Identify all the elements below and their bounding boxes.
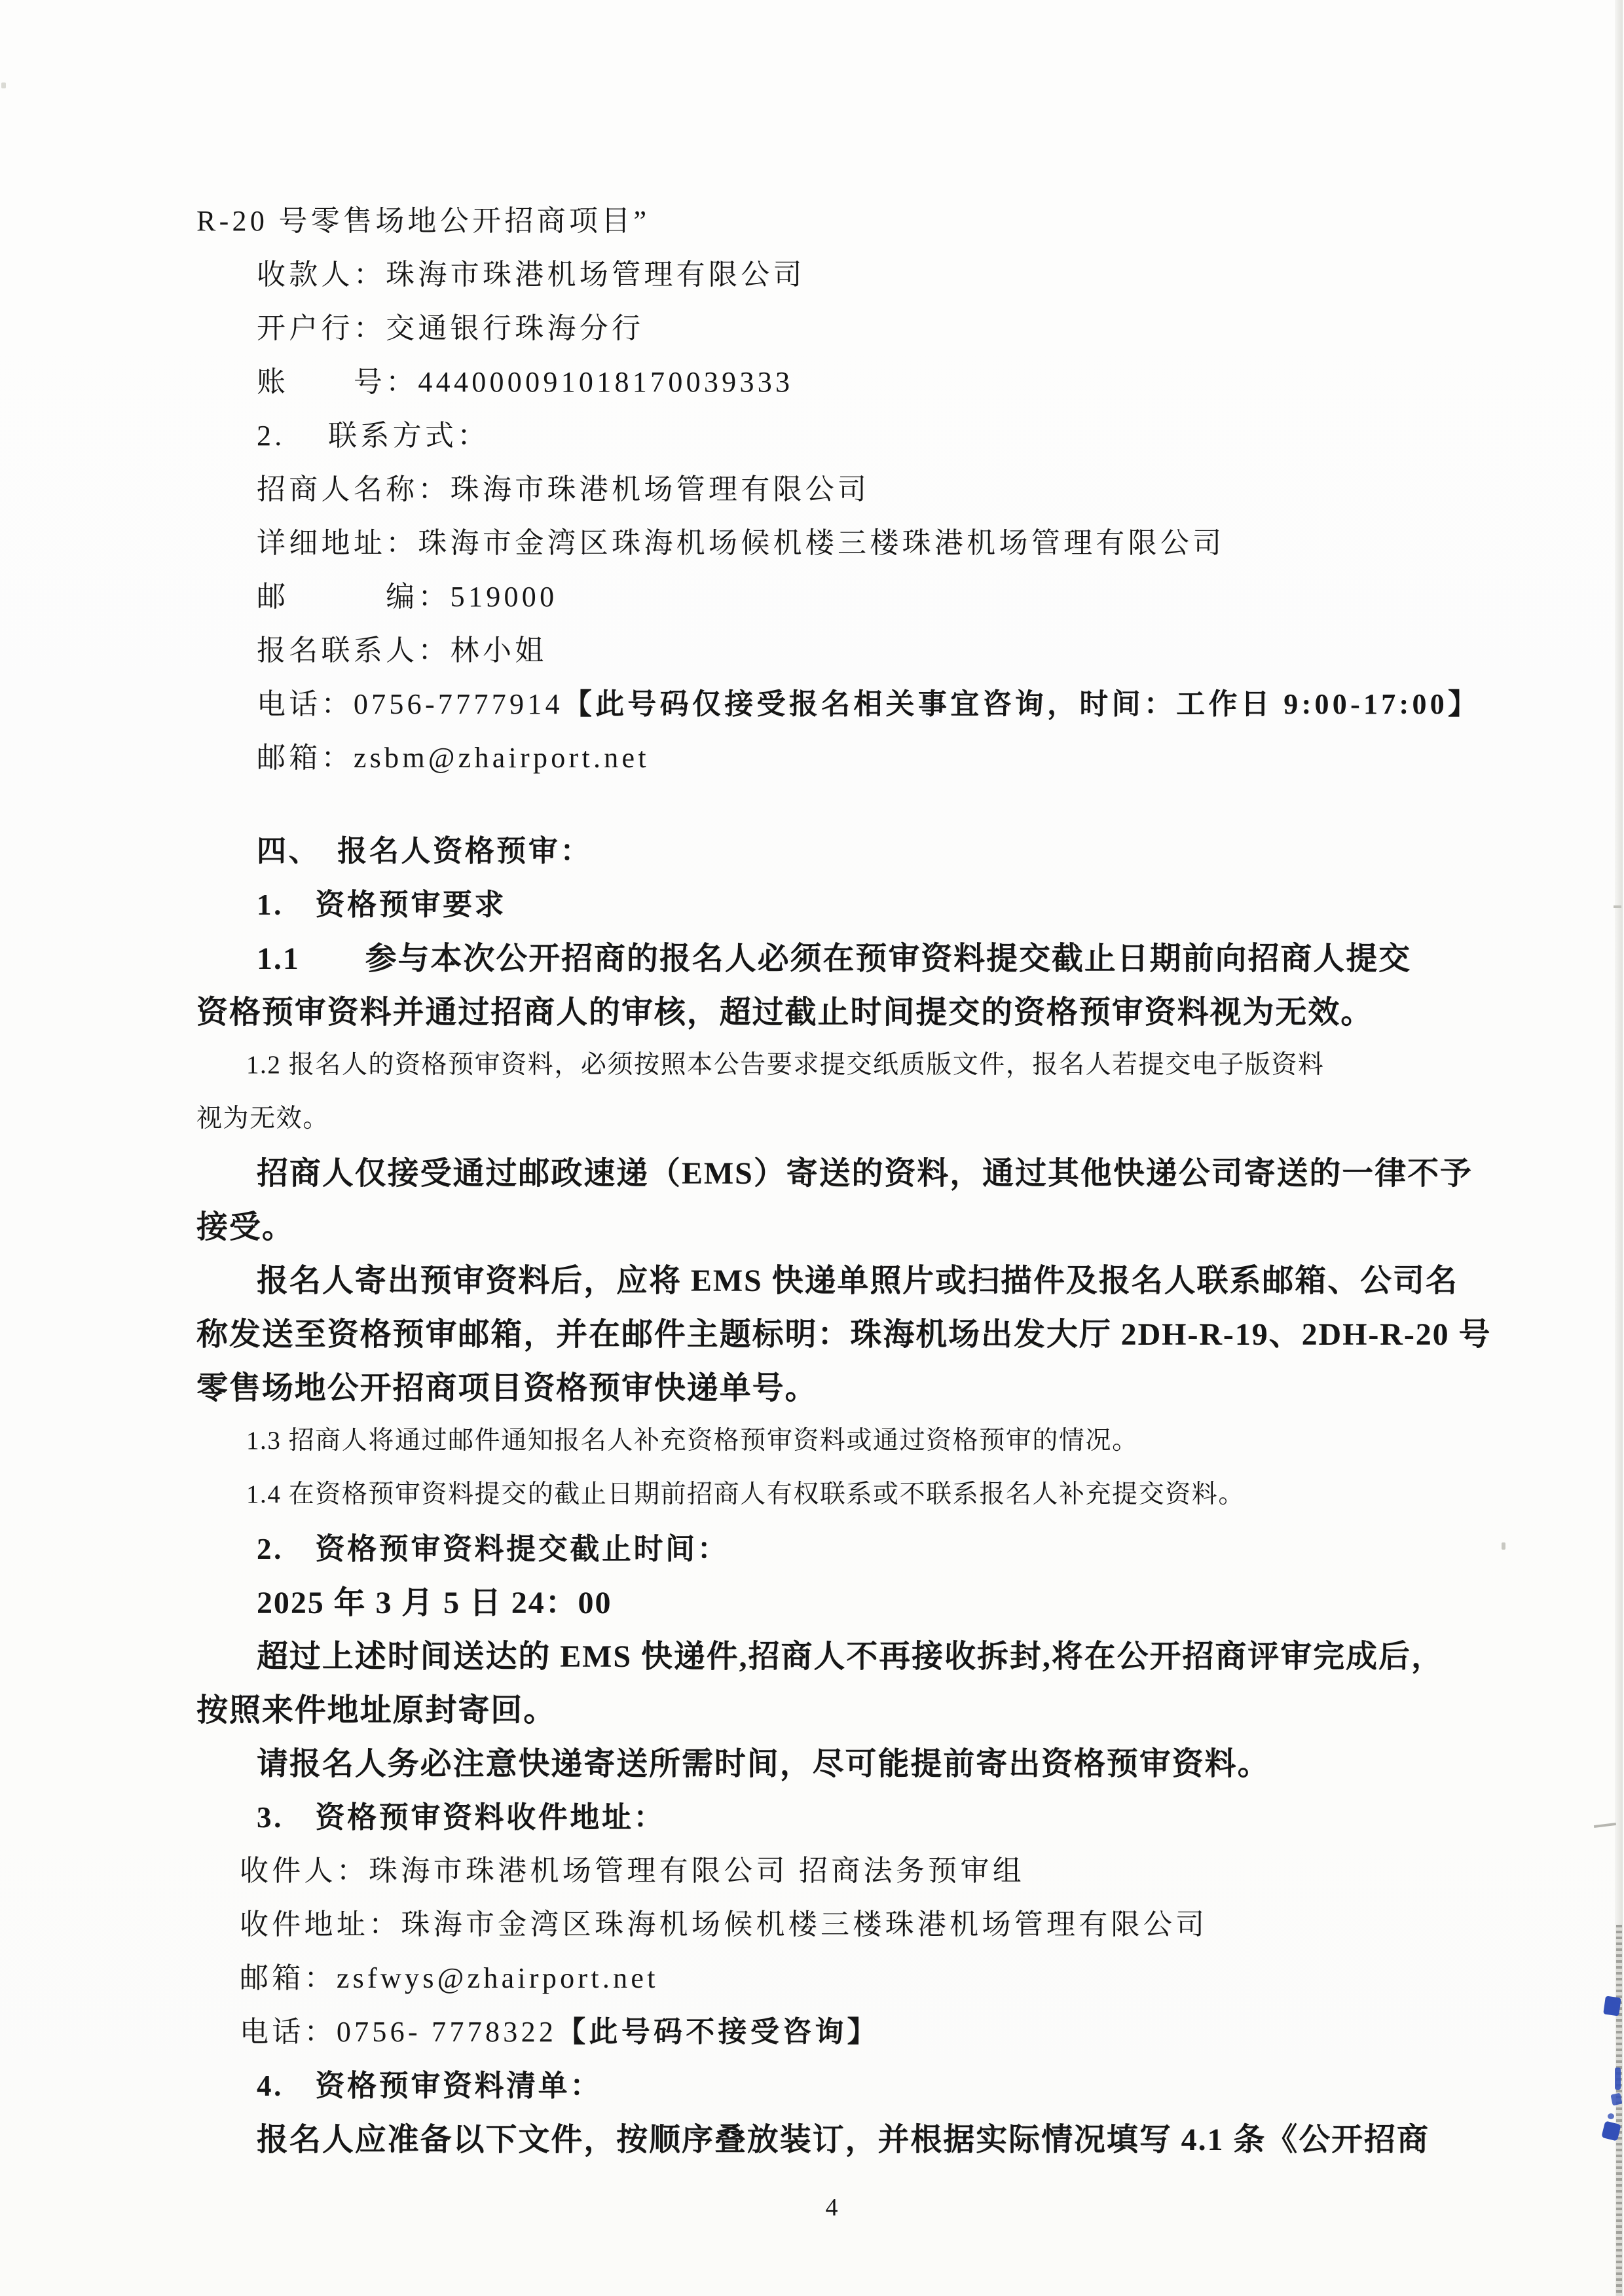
document-line: 接受。	[196, 1197, 1467, 1250]
scan-speck	[1614, 905, 1621, 908]
line-text: 2025 年 3 月 5 日 24：00	[257, 1577, 612, 1622]
line-text: 资格预审资料并通过招商人的审核，超过截止时间提交的资格预审资料视为无效。	[196, 987, 1373, 1032]
document-line: 零售场地公开招商项目资格预审快递单号。	[196, 1358, 1467, 1412]
scan-speck	[1502, 1542, 1505, 1550]
page-number: 4	[196, 2193, 1467, 2222]
document-line: 1. 资格预审要求	[257, 875, 1467, 928]
document-line: R-20 号零售场地公开招商项目”	[196, 191, 1467, 245]
document-line: 2. 联系方式：	[257, 406, 1467, 460]
line-text: 1.4 在资格预审资料提交的截止日期前招商人有权联系或不联系报名人补充提交资料。	[246, 1474, 1245, 1510]
document-line: 2025 年 3 月 5 日 24：00	[257, 1573, 1467, 1626]
blue-ink-stain	[1615, 2068, 1621, 2090]
line-text: 1.3 招商人将通过邮件通知报名人补充资格预审资料或通过资格预审的情况。	[246, 1420, 1139, 1457]
line-text: 2. 资格预审资料提交截止时间：	[257, 1525, 729, 1567]
document-line: 电话：0756-7777914【此号码仅接受报名相关事宜咨询，时间：工作日 9:…	[257, 674, 1467, 728]
document-line: 4. 资格预审资料清单：	[257, 2056, 1467, 2109]
document-line: 报名人应准备以下文件，按顺序叠放装订，并根据实际情况填写 4.1 条《公开招商	[257, 2109, 1467, 2163]
line-text: 视为无效。	[196, 1098, 329, 1135]
line-text: 4. 资格预审资料清单：	[257, 2062, 602, 2104]
document-body: R-20 号零售场地公开招商项目”收款人：珠海市珠港机场管理有限公司开户行：交通…	[196, 191, 1467, 2222]
line-text: 邮 编：519000	[257, 573, 557, 615]
blue-ink-stain	[1610, 2093, 1622, 2106]
line-text: 报名人寄出预审资料后，应将 EMS 快递单照片或扫描件及报名人联系邮箱、公司名	[257, 1255, 1458, 1300]
line-text: R-20 号零售场地公开招商项目”	[196, 197, 650, 239]
document-line: 按照来件地址原封寄回。	[196, 1680, 1467, 1734]
document-line: 收款人：珠海市珠港机场管理有限公司	[257, 245, 1467, 299]
line-text: 收件地址：珠海市金湾区珠海机场候机楼三楼珠港机场管理有限公司	[240, 1901, 1208, 1942]
document-line: 招商人名称：珠海市珠港机场管理有限公司	[257, 460, 1467, 513]
scanned-document-page: R-20 号零售场地公开招商项目”收款人：珠海市珠港机场管理有限公司开户行：交通…	[0, 0, 1624, 2296]
document-line: 1.4 在资格预审资料提交的截止日期前招商人有权联系或不联系报名人补充提交资料。	[246, 1465, 1467, 1519]
line-text: 邮箱：zsbm@zhairport.net	[257, 734, 650, 776]
document-line: 账 号：444000091018170039333	[257, 352, 1467, 406]
line-text: 零售场地公开招商项目资格预审快递单号。	[196, 1362, 817, 1408]
line-text: 2. 联系方式：	[257, 412, 490, 454]
document-line: 邮 编：519000	[257, 567, 1467, 621]
bracket-emphasis-text: 【此号码仅接受报名相关事宜咨询，时间：工作日 9:00-17:00】	[563, 680, 1480, 722]
line-text: 四、 报名人资格预审：	[257, 827, 592, 869]
scan-speck	[1594, 1823, 1616, 1828]
document-line: 称发送至资格预审邮箱，并在邮件主题标明：珠海机场出发大厅 2DH-R-19、2D…	[196, 1304, 1467, 1358]
document-line: 超过上述时间送达的 EMS 快递件,招商人不再接收拆封,将在公开招商评审完成后，	[257, 1626, 1467, 1680]
line-text: 3. 资格预审资料收件地址：	[257, 1793, 665, 1836]
line-text: 超过上述时间送达的 EMS 快递件,招商人不再接收拆封,将在公开招商评审完成后，	[257, 1631, 1444, 1676]
line-text: 账 号：444000091018170039333	[257, 358, 793, 400]
line-text: 请报名人务必注意快递寄送所需时间，尽可能提前寄出资格预审资料。	[257, 1738, 1270, 1783]
document-line: 详细地址：珠海市金湾区珠海机场候机楼三楼珠港机场管理有限公司	[257, 513, 1467, 567]
line-text: 详细地址：珠海市金湾区珠海机场候机楼三楼珠港机场管理有限公司	[257, 519, 1225, 561]
document-line: 1.2 报名人的资格预审资料，必须按照本公告要求提交纸质版文件，报名人若提交电子…	[246, 1036, 1467, 1089]
document-line: 报名人寄出预审资料后，应将 EMS 快递单照片或扫描件及报名人联系邮箱、公司名	[257, 1250, 1467, 1304]
line-text: 电话：0756- 7778322	[240, 2008, 557, 2050]
document-line: 1.3 招商人将通过邮件通知报名人补充资格预审资料或通过资格预审的情况。	[246, 1412, 1467, 1465]
line-text: 1.2 报名人的资格预审资料，必须按照本公告要求提交纸质版文件，报名人若提交电子…	[246, 1044, 1325, 1081]
line-text: 报名人应准备以下文件，按顺序叠放装订，并根据实际情况填写 4.1 条《公开招商	[257, 2114, 1430, 2159]
document-line: 视为无效。	[196, 1089, 1467, 1143]
line-text: 报名联系人：林小姐	[257, 627, 547, 668]
document-line: 电话：0756- 7778322【此号码不接受咨询】	[240, 2002, 1467, 2056]
blue-ink-stain	[1608, 2113, 1614, 2119]
line-text: 1. 资格预审要求	[257, 881, 506, 923]
line-text: 电话：0756-7777914	[257, 680, 563, 722]
line-text: 称发送至资格预审邮箱，并在邮件主题标明：珠海机场出发大厅 2DH-R-19、2D…	[196, 1309, 1491, 1354]
document-line: 招商人仅接受通过邮政速递（EMS）寄送的资料，通过其他快递公司寄送的一律不予	[257, 1143, 1467, 1197]
document-line: 四、 报名人资格预审：	[257, 821, 1467, 875]
line-text: 招商人仅接受通过邮政速递（EMS）寄送的资料，通过其他快递公司寄送的一律不予	[257, 1148, 1473, 1193]
line-text: 1.1 参与本次公开招商的报名人必须在预审资料提交截止日期前向招商人提交	[257, 933, 1411, 978]
line-text: 收款人：珠海市珠港机场管理有限公司	[257, 251, 805, 293]
document-line: 邮箱：zsbm@zhairport.net	[257, 728, 1467, 782]
line-text: 接受。	[196, 1201, 295, 1247]
document-line: 邮箱：zsfwys@zhairport.net	[240, 1948, 1467, 2002]
line-text: 开户行：交通银行珠海分行	[257, 304, 644, 346]
bracket-emphasis-text: 【此号码不接受咨询】	[557, 2008, 879, 2050]
scan-speck	[1, 82, 6, 88]
document-line: 请报名人务必注意快递寄送所需时间，尽可能提前寄出资格预审资料。	[257, 1734, 1467, 1787]
line-text: 招商人名称：珠海市珠港机场管理有限公司	[257, 465, 870, 507]
document-line: 1.1 参与本次公开招商的报名人必须在预审资料提交截止日期前向招商人提交	[257, 928, 1467, 982]
line-text: 收件人：珠海市珠港机场管理有限公司 招商法务预审组	[240, 1847, 1025, 1889]
document-line: 3. 资格预审资料收件地址：	[257, 1787, 1467, 1841]
line-text: 邮箱：zsfwys@zhairport.net	[240, 1954, 659, 1996]
document-line: 收件人：珠海市珠港机场管理有限公司 招商法务预审组	[240, 1841, 1467, 1895]
line-text: 按照来件地址原封寄回。	[196, 1685, 556, 1730]
scan-edge-binding-texture	[1616, 1925, 1622, 2296]
blank-line	[196, 782, 1467, 821]
document-line: 资格预审资料并通过招商人的审核，超过截止时间提交的资格预审资料视为无效。	[196, 982, 1467, 1036]
document-line: 开户行：交通银行珠海分行	[257, 299, 1467, 352]
document-line: 报名联系人：林小姐	[257, 621, 1467, 674]
document-line: 收件地址：珠海市金湾区珠海机场候机楼三楼珠港机场管理有限公司	[240, 1895, 1467, 1948]
document-line: 2. 资格预审资料提交截止时间：	[257, 1519, 1467, 1573]
blue-ink-stain	[1603, 1995, 1621, 2016]
